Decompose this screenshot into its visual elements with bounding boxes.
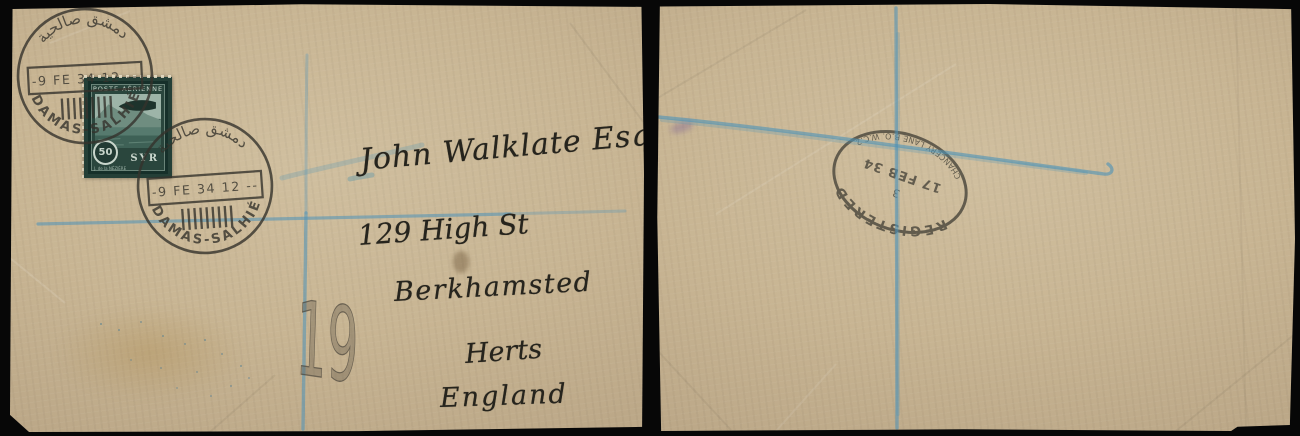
address-line-1: John Walklate Esq bbox=[358, 118, 652, 178]
damas-cds-postmark-2: دمشق صالحية -9 FE 34 12 -- DAMAS-SALHIÉ bbox=[129, 110, 281, 262]
oval-index-number: 3 bbox=[891, 186, 902, 201]
address-line-5: England bbox=[439, 379, 568, 414]
cds-arabic-text: دمشق صالحية bbox=[150, 116, 252, 158]
stamp-designer-imprint: J. de la NÉZIÈRE bbox=[94, 166, 126, 171]
purple-smudge bbox=[669, 119, 695, 136]
cds-killer-bars bbox=[182, 206, 232, 231]
cover-front: POSTE AÉRIENNE 50 SYR J. de la NÉZIÈRE bbox=[10, 3, 644, 432]
cds-killer-bars bbox=[62, 96, 112, 120]
svg-text:دمشق صالحية: دمشق صالحية bbox=[150, 116, 252, 158]
address-line-4: Herts bbox=[464, 334, 543, 370]
cover-back: REGISTERED 3 17 FEB 34 CHANCERY LANE B.O… bbox=[656, 4, 1295, 431]
cds-date-text: -9 FE 34 12 -- bbox=[31, 68, 138, 89]
crayon-cross-back bbox=[656, 4, 1295, 431]
photo-of-covers: POSTE AÉRIENNE 50 SYR J. de la NÉZIÈRE bbox=[0, 0, 1300, 436]
crease-lines bbox=[656, 4, 1295, 431]
cds-arabic-text: دمشق صالحية bbox=[32, 6, 134, 47]
pencil-registration-number: 19 bbox=[294, 279, 360, 408]
paper-texture bbox=[656, 4, 1295, 431]
registered-oval-postmark: REGISTERED 3 17 FEB 34 CHANCERY LANE B.O… bbox=[811, 105, 989, 260]
blue-offset-speckles bbox=[100, 323, 102, 325]
stamp-value: 50 bbox=[99, 147, 113, 158]
address-line-3: Berkhamsted bbox=[393, 267, 593, 308]
svg-text:دمشق صالحية: دمشق صالحية bbox=[32, 6, 134, 47]
oval-date-text: 17 FEB 34 bbox=[861, 154, 943, 195]
cds-date-text: -9 FE 34 12 -- bbox=[151, 177, 258, 199]
ink-smudge bbox=[453, 251, 469, 273]
address-line-2: 129 High St bbox=[357, 207, 530, 252]
toning-stain bbox=[55, 305, 245, 401]
